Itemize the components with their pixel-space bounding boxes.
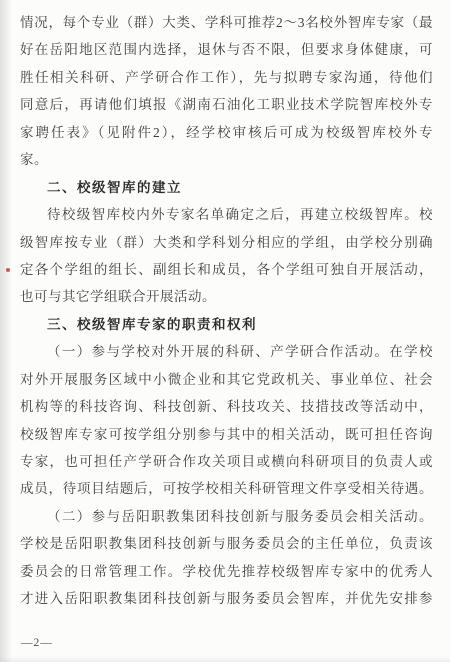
text-line: 校级智库专家可按学组分别参与其中的相关活动，既可担任咨询 <box>20 421 433 448</box>
text-line: 情况，每个专业（群）大类、学科可推荐2～3名校外智库专家（最 <box>20 9 433 36</box>
text-line: （一）参与学校对外开展的科研、产学研合作活动。在学校 <box>20 338 433 365</box>
document-body: 情况，每个专业（群）大类、学科可推荐2～3名校外智库专家（最 好在岳阳地区范围内… <box>20 9 433 613</box>
text-line: 委员会的日常管理工作。学校优先推荐校级智库专家中的优秀人 <box>20 558 433 585</box>
scan-artifact-red-dot <box>6 268 10 272</box>
text-line: 待校级智库校内外专家名单确定之后，再建立校级智库。校 <box>20 201 433 228</box>
text-line: 家聘任表》（见附件2），经学校审核后可成为校级智库校外专 <box>20 119 433 146</box>
text-line: 家。 <box>20 146 433 173</box>
text-line: 机构等的科技咨询、科技创新、科技攻关、技措技改等活动中， <box>20 393 433 420</box>
text-line: 才进入岳阳职教集团科技创新与服务委员会智库，并优先安排参 <box>20 585 433 612</box>
section-heading-3: 三、校级智库专家的职责和权利 <box>20 311 433 338</box>
text-line: 级智库按专业（群）大类和学科划分相应的学组，由学校分别确 <box>20 229 433 256</box>
document-page: 情况，每个专业（群）大类、学科可推荐2～3名校外智库专家（最 好在岳阳地区范围内… <box>0 0 450 662</box>
scan-edge-shading <box>0 0 12 662</box>
text-line: 胜任相关科研、产学研合作工作），先与拟聘专家沟通，待他们 <box>20 64 433 91</box>
text-line: 成员，待项目结题后，可按学校相关科研管理文件享受相关待遇。 <box>20 475 433 502</box>
text-line: 对外开展服务区域中小微企业和其它党政机关、事业单位、社会 <box>20 366 433 393</box>
text-line: 也可与其它学组联合开展活动。 <box>20 283 433 310</box>
text-line: 专家，也可担任产学研合作攻关项目或横向科研项目的负责人或 <box>20 448 433 475</box>
text-line: 学校是岳阳职教集团科技创新与服务委员会的主任单位，负责该 <box>20 530 433 557</box>
text-line: （二）参与岳阳职教集团科技创新与服务委员会相关活动。 <box>20 503 433 530</box>
text-line: 同意后，再请他们填报《湖南石油化工职业技术学院智库校外专 <box>20 91 433 118</box>
text-line: 好在岳阳地区范围内选择，退休与否不限，但要求身体健康，可 <box>20 36 433 63</box>
text-line: 定各个学组的组长、副组长和成员，各个学组可独自开展活动， <box>20 256 433 283</box>
scan-edge-shading-bottom <box>0 656 450 662</box>
section-heading-2: 二、校级智库的建立 <box>20 174 433 201</box>
page-number: —2— <box>21 637 53 649</box>
